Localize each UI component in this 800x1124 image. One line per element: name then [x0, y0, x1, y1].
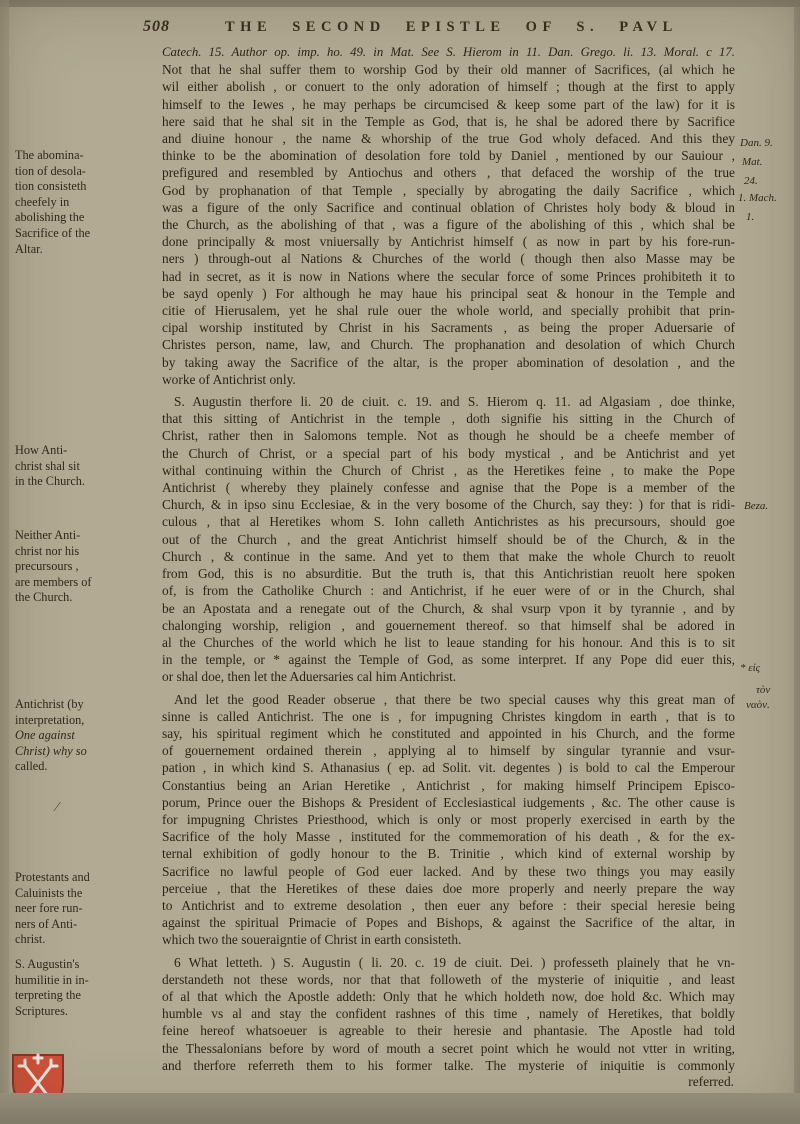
body-line: Sacrifice of the holy Masse , instituted… — [162, 828, 735, 845]
body-line: had in secret, as it is now in Nations w… — [162, 268, 735, 285]
margin-note-line: Sacrifice of the — [15, 226, 133, 242]
margin-note-line: S. Augustin's — [15, 957, 133, 973]
body-line: cipal worship instituted by Christ in hi… — [162, 319, 735, 336]
body-line: and therfore referreth them to his forme… — [162, 1057, 735, 1074]
body-line: from God, this is no absurditie. But the… — [162, 565, 735, 582]
body-line: Christes person, name, law, and Church. … — [162, 336, 735, 353]
margin-note-line: the Church. — [15, 590, 133, 606]
body-line: culous , that al Heretikes whom S. Iohn … — [162, 513, 735, 530]
margin-note-line: christ shal sit — [15, 459, 133, 475]
margin-note: How Anti-christ shal sitin the Church. — [15, 443, 133, 490]
body-line: S. Augustin therfore li. 20 de ciuit. c.… — [162, 393, 735, 410]
margin-note-line: Neither Anti- — [15, 528, 133, 544]
body-line: Catech. 15. Author op. imp. ho. 49. in M… — [162, 44, 735, 61]
margin-reference: Mat. — [742, 156, 762, 168]
margin-note-line: called. — [15, 759, 133, 775]
body-line: thinke to be the abomination of desolati… — [162, 147, 735, 164]
document-page: 508 THE SECOND EPISTLE OF S. PAVL Catech… — [0, 0, 800, 1124]
body-line: of, is from the Catholike Church : and A… — [162, 582, 735, 599]
margin-note-line: tion consisteth — [15, 179, 133, 195]
body-line: the Thessalonians before by word of mout… — [162, 1040, 735, 1057]
body-line: here said that he shal sit in the Temple… — [162, 113, 735, 130]
margin-reference: τὸν — [756, 684, 770, 696]
body-line: humble vs al and stay the confident rash… — [162, 1005, 735, 1022]
body-line: out of the Church , and the great Antich… — [162, 531, 735, 548]
stray-ink-mark: ⁄ — [56, 800, 58, 816]
margin-note: The abomina-tion of desola-tion consiste… — [15, 148, 133, 257]
margin-note-line: christ nor his — [15, 544, 133, 560]
page-title: THE SECOND EPISTLE OF S. PAVL — [225, 19, 678, 36]
body-line: that this sitting of Antichrist in the t… — [162, 410, 735, 427]
margin-reference: 1. — [746, 211, 754, 223]
body-line: of al that which the Apostle addeth: Onl… — [162, 988, 735, 1005]
body-line: of gouernement ordained therein , applyi… — [162, 742, 735, 759]
body-line: which two the soueraigntie of Christ in … — [162, 931, 735, 948]
page-edge-bottom — [0, 1093, 800, 1124]
body-line: prefigured and resembled by Antiochus an… — [162, 164, 735, 181]
body-line: Church , & continue in the same. And yet… — [162, 548, 735, 565]
body-line: Not that he shal suffer them to worship … — [162, 61, 735, 78]
body-line: derstandeth not these words, nor that th… — [162, 971, 735, 988]
right-margin-notes: Dan. 9.Mat.24.1. Mach.1.Beza.* εἰςτὸνναὸ… — [736, 0, 800, 1124]
margin-reference: 24. — [744, 175, 758, 187]
body-line: God by prophanation of that Temple , spe… — [162, 182, 735, 199]
body-line: and diuine honour , the name & whorship … — [162, 130, 735, 147]
body-line: for impugning Christes Priesthood, which… — [162, 811, 735, 828]
body-line: to Antichrist and to extreme desolation … — [162, 897, 735, 914]
body-line: be sayd openly ) For although he may hau… — [162, 285, 735, 302]
body-line: say, his spiritual regiment which he con… — [162, 725, 735, 742]
margin-note-line: precursours , — [15, 559, 133, 575]
body-line: Church, & in ipso sinu Ecclesiae, & in t… — [162, 496, 735, 513]
body-line: himself to the Iewes , he may perhaps be… — [162, 96, 735, 113]
body-line: ners ) through-out al Nations & Churches… — [162, 250, 735, 267]
body-line: was a figure of the only Sacrifice and c… — [162, 199, 735, 216]
body-line: done principally & most vniuersally by A… — [162, 233, 735, 250]
body-line: Constantius being an Arian Heretike , An… — [162, 777, 735, 794]
body-line: ternal exhibition of godly honour to the… — [162, 845, 735, 862]
margin-reference: 1. Mach. — [738, 192, 777, 204]
body-line: or shal doe, then let the Aduersaries ca… — [162, 668, 735, 685]
body-line: by taking away the Sacrifice of the alta… — [162, 354, 735, 371]
body-line: feine hereof whatsoeuer is agreable to t… — [162, 1022, 735, 1039]
body-line: the Church, as the abolishing of that , … — [162, 216, 735, 233]
margin-note-line: ners of Anti- — [15, 917, 133, 933]
body-line: al the Churches of the world which he li… — [162, 634, 735, 651]
margin-note-line: terpreting the — [15, 988, 133, 1004]
body-line: Sacrifice no lawful people of God euer l… — [162, 863, 735, 880]
margin-note: S. Augustin'shumilitie in in-terpreting … — [15, 957, 133, 1019]
margin-note-line: Altar. — [15, 242, 133, 258]
body-line: withal continuing within the Church of C… — [162, 462, 735, 479]
body-line: perceiue , that the Heretikes of these d… — [162, 880, 735, 897]
body-text: Catech. 15. Author op. imp. ho. 49. in M… — [162, 44, 735, 1074]
margin-note-line: cheefely in — [15, 195, 133, 211]
margin-note-line: interpretation, — [15, 713, 133, 729]
margin-note-line: abolishing the — [15, 210, 133, 226]
margin-note-line: tion of desola- — [15, 164, 133, 180]
margin-reference: * εἰς — [740, 662, 760, 674]
margin-note-line: in the Church. — [15, 474, 133, 490]
margin-note-line: Caluinists the — [15, 886, 133, 902]
margin-note-line: Scriptures. — [15, 1004, 133, 1020]
margin-note: Antichrist (byinterpretation,One against… — [15, 697, 133, 775]
margin-reference: ναὸν. — [746, 699, 770, 711]
margin-note-line: Christ) why so — [15, 744, 133, 760]
margin-note-line: christ. — [15, 932, 133, 948]
margin-note-line: One against — [15, 728, 133, 744]
margin-note-line: How Anti- — [15, 443, 133, 459]
margin-note-line: are members of — [15, 575, 133, 591]
margin-note-line: The abomina- — [15, 148, 133, 164]
body-line: wil either abolish , or conuert to the o… — [162, 78, 735, 95]
margin-note: Protestants andCaluinists theneer fore r… — [15, 870, 133, 948]
left-margin-notes: The abomina-tion of desola-tion consiste… — [0, 0, 150, 1124]
body-line: Christ, rather then in Salomons temple. … — [162, 427, 735, 444]
body-line: And let the good Reader obserue , that t… — [162, 691, 735, 708]
margin-note-line: Protestants and — [15, 870, 133, 886]
body-line: against the spiritual Primacie of Popes … — [162, 914, 735, 931]
body-line: be an Apostata and a renegate out of the… — [162, 600, 735, 617]
body-line: the Church of Christ, or a special part … — [162, 445, 735, 462]
body-line: in the temple, or * against the Temple o… — [162, 651, 735, 668]
body-line: worke of Antichrist only. — [162, 371, 735, 388]
margin-reference: Dan. 9. — [740, 137, 773, 149]
body-line: chalonging worship, religion , and gouer… — [162, 617, 735, 634]
body-line: porum, Prince ouer the Bishops & Preside… — [162, 794, 735, 811]
body-line: citie of Hierusalem, yet he shal rule ou… — [162, 302, 735, 319]
body-line: 6 What letteth. ) S. Augustin ( li. 20. … — [162, 954, 735, 971]
body-line: Antichrist ( whereby they plainely confe… — [162, 479, 735, 496]
catchword: referred. — [688, 1074, 734, 1090]
margin-note-line: neer fore run- — [15, 901, 133, 917]
margin-note: Neither Anti-christ nor hisprecursours ,… — [15, 528, 133, 606]
margin-note-line: humilitie in in- — [15, 973, 133, 989]
body-line: sinne is called Antichrist. The one is ,… — [162, 708, 735, 725]
margin-reference: Beza. — [744, 500, 768, 512]
margin-note-line: Antichrist (by — [15, 697, 133, 713]
body-line: pation , in which kind S. Athanasius ( e… — [162, 759, 735, 776]
